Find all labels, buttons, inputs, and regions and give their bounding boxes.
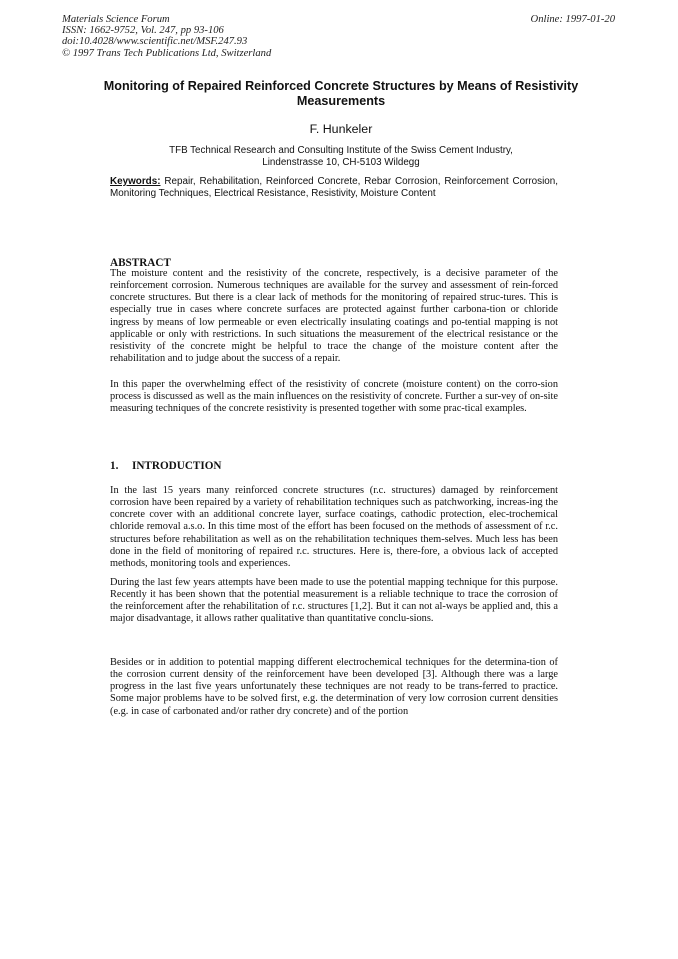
abstract-paragraph: In this paper the overwhelming effect of…	[110, 379, 558, 415]
journal-citation: Materials Science Forum ISSN: 1662-9752,…	[62, 14, 271, 59]
journal-name: Materials Science Forum	[62, 14, 271, 25]
paper-author: F. Hunkeler	[100, 122, 582, 136]
introduction-paragraph: In the last 15 years many reinforced con…	[110, 485, 558, 570]
affiliation-line: Lindenstrasse 10, CH-5103 Wildegg	[100, 157, 582, 169]
keywords-label: Keywords:	[110, 176, 160, 187]
affiliation-line: TFB Technical Research and Consulting In…	[100, 145, 582, 157]
introduction-heading: 1.INTRODUCTION	[110, 460, 222, 472]
keywords: Keywords: Repair, Rehabilitation, Reinfo…	[110, 176, 558, 200]
author-affiliation: TFB Technical Research and Consulting In…	[100, 145, 582, 169]
journal-copyright: © 1997 Trans Tech Publications Ltd, Swit…	[62, 48, 271, 59]
section-title: INTRODUCTION	[132, 460, 222, 472]
introduction-paragraph: During the last few years attempts have …	[110, 577, 558, 626]
paper-title: Monitoring of Repaired Reinforced Concre…	[100, 79, 582, 109]
keywords-text: Repair, Rehabilitation, Reinforced Concr…	[110, 176, 558, 199]
paper-page: Materials Science Forum ISSN: 1662-9752,…	[0, 0, 678, 959]
journal-issn: ISSN: 1662-9752, Vol. 247, pp 93-106	[62, 25, 271, 36]
section-number: 1.	[110, 460, 132, 472]
introduction-paragraph: Besides or in addition to potential mapp…	[110, 657, 558, 718]
abstract-paragraph: The moisture content and the resistivity…	[110, 268, 558, 365]
journal-doi: doi:10.4028/www.scientific.net/MSF.247.9…	[62, 36, 271, 47]
online-date: Online: 1997-01-20	[531, 14, 615, 25]
